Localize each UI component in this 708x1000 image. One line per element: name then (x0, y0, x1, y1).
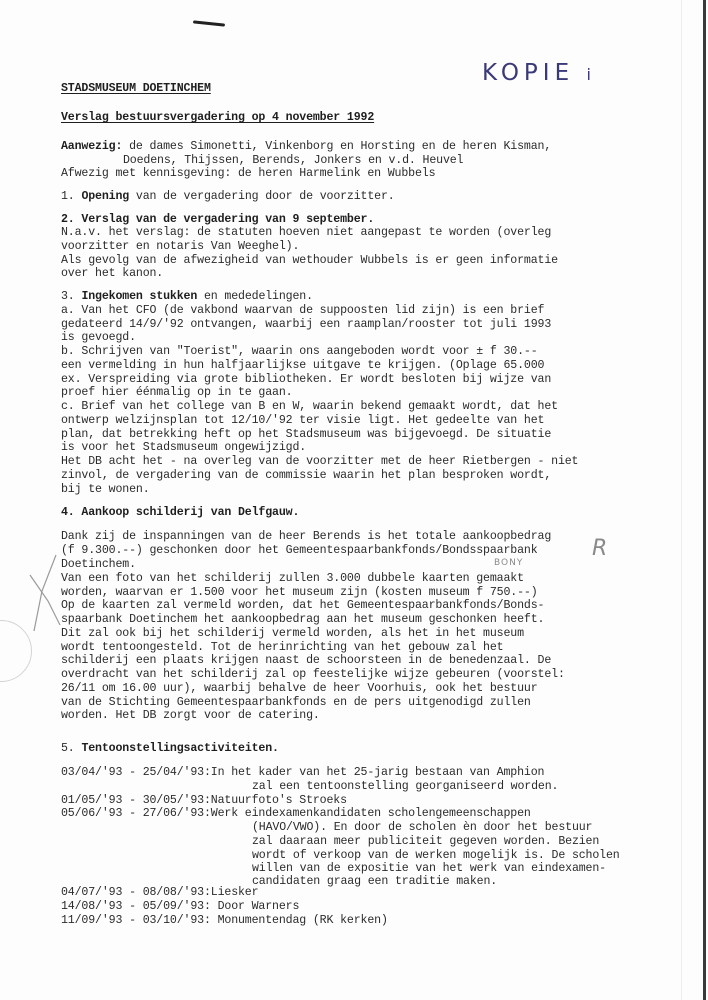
section-4-line: worden, waarvan er 1.500 voor het museum… (61, 586, 538, 599)
event-dates: 01/05/'93 - 30/05/'93: (61, 794, 211, 807)
event-dates: 03/04/'93 - 25/04/'93: (61, 766, 211, 779)
event-dates: 14/08/'93 - 05/09/'93: (61, 900, 211, 913)
section-4-line: (f 9.300.--) geschonken door het Gemeent… (61, 544, 538, 557)
section-4-line: van de Stichting Gemeentespaarbankfonds … (61, 696, 531, 709)
event-dates: 11/09/'93 - 03/10/'93: (61, 914, 211, 927)
event-description-cont: zal een tentoonstelling georganiseerd wo… (252, 780, 558, 793)
section-title: Ingekomen stukken (81, 290, 197, 303)
event-description: Natuurfoto's Stroeks (211, 794, 347, 807)
section-4-line: Dank zij de inspanningen van de heer Ber… (61, 530, 551, 543)
section-2-line: voorzitter en notaris Van Weeghel). (61, 240, 299, 253)
stamp-mark: i (586, 65, 590, 84)
section-4-line: overdracht van het schilderij zal op fee… (61, 668, 565, 681)
section-2-line: over het kanon. (61, 267, 163, 280)
stamp-text: KOPIE (482, 60, 574, 86)
section-title-rest: en mededelingen. (197, 290, 313, 303)
section-3-line: b. Schrijven van "Toerist", waarin ons a… (61, 345, 538, 358)
section-4-line: Op de kaarten zal vermeld worden, dat he… (61, 599, 544, 612)
section-number: 5. (61, 742, 81, 755)
section-4-line: schilderij een plaats krijgen naast de s… (61, 654, 551, 667)
section-number: 3. (61, 290, 81, 303)
event-dates: 05/06/'93 - 27/06/'93: (61, 807, 211, 820)
scanned-document-page: KOPIE i STADSMUSEUM DOETINCHEM Verslag b… (0, 0, 708, 1000)
section-4-line: Doetinchem. (61, 558, 136, 571)
section-3-line: Het DB acht het - na overleg van de voor… (61, 455, 578, 468)
section-4-line: wordt tentoongesteld. Tot de herinrichti… (61, 641, 503, 654)
section-title: Opening (81, 190, 129, 203)
section-3-line: c. Brief van het college van B en W, waa… (61, 400, 558, 413)
event-row: 05/06/'93 - 27/06/'93:Werk eindexamenkan… (61, 807, 531, 820)
section-title: Tentoonstellingsactiviteiten. (81, 742, 278, 755)
section-3-line: a. Van het CFO (de vakbond waarvan de su… (61, 304, 544, 317)
event-description-cont: (HAVO/VWO). En door de scholen èn door h… (252, 821, 592, 834)
section-2-heading: 2. Verslag van de vergadering van 9 sept… (61, 213, 374, 226)
event-description-cont: wordt of verkoop van de werken mogelijk … (252, 849, 620, 862)
present-label: Aanwezig: (61, 140, 122, 153)
section-3-line: zinvol, de vergadering van de commissie … (61, 469, 551, 482)
section-4-line: spaarbank Doetinchem het aankoopbedrag a… (61, 613, 544, 626)
section-4-heading: 4. Aankoop schilderij van Delfgauw. (61, 506, 299, 519)
section-1-heading: 1. Opening van de vergadering door de vo… (61, 190, 395, 203)
event-row: 04/07/'93 - 08/08/'93:Liesker (61, 886, 258, 899)
event-description-cont: zal daaraan meer publiciteit gegeven wor… (252, 835, 599, 848)
section-4-line: worden. Het DB zorgt voor de catering. (61, 709, 320, 722)
attendance-present: Aanwezig: de dames Simonetti, Vinkenborg… (61, 140, 551, 153)
section-3-line: ex. Verspreiding via grote bibliotheken.… (61, 373, 551, 386)
section-title-rest: van de vergadering door de voorzitter. (129, 190, 395, 203)
attendance-absent: Afwezig met kennisgeving: de heren Harme… (61, 167, 435, 180)
pencil-cross-mark (28, 553, 68, 633)
section-2-line: Als gevolg van de afwezigheid van wethou… (61, 254, 558, 267)
section-4-line: Van een foto van het schilderij zullen 3… (61, 572, 524, 585)
section-3-heading: 3. Ingekomen stukken en mededelingen. (61, 290, 313, 303)
event-description: Liesker (211, 886, 259, 899)
scan-edge-border (703, 0, 706, 1000)
event-description-cont: candidaten graag een traditie maken. (252, 875, 497, 888)
section-3-line: ontwerp welzijnsplan tot 12/10/'92 ter v… (61, 414, 544, 427)
section-4-line: Dit zal ook bij het schilderij vermeld w… (61, 627, 524, 640)
event-description: In het kader van het 25-jarig bestaan va… (211, 766, 545, 779)
event-description: Door Warners (211, 900, 300, 913)
organization-name: STADSMUSEUM DOETINCHEM (61, 82, 211, 95)
present-names-1: de dames Simonetti, Vinkenborg en Horsti… (122, 140, 551, 153)
section-3-line: is gevoegd. (61, 331, 136, 344)
event-dates: 04/07/'93 - 08/08/'93: (61, 886, 211, 899)
handwritten-initials: R (592, 536, 607, 561)
section-5-heading: 5. Tentoonstellingsactiviteiten. (61, 742, 279, 755)
event-row: 01/05/'93 - 30/05/'93:Natuurfoto's Stroe… (61, 794, 347, 807)
event-description: Werk eindexamenkandidaten scholengemeens… (211, 807, 531, 820)
present-names-2: Doedens, Thijssen, Berends, Jonkers en v… (123, 154, 463, 167)
section-3-line: is voor het Stadsmuseum ongewijzigd. (61, 441, 306, 454)
event-description: Monumentendag (RK kerken) (211, 914, 388, 927)
handwritten-note: BONY (494, 558, 523, 568)
kopie-stamp: KOPIE i (482, 60, 591, 86)
section-number: 1. (61, 190, 81, 203)
pen-mark (193, 20, 225, 26)
section-2-line: N.a.v. het verslag: de statuten hoeven n… (61, 226, 551, 239)
event-row: 14/08/'93 - 05/09/'93: Door Warners (61, 900, 299, 913)
event-description-cont: willen van de expositie van het werk van… (252, 862, 606, 875)
section-4-line: 26/11 om 16.00 uur), waarbij behalve de … (61, 682, 538, 695)
event-row: 03/04/'93 - 25/04/'93:In het kader van h… (61, 766, 544, 779)
event-row: 11/09/'93 - 03/10/'93: Monumentendag (RK… (61, 914, 388, 927)
section-3-line: proef hier éénmalig op in te gaan. (61, 386, 292, 399)
page-fold-shadow (681, 0, 682, 1000)
document-title: Verslag bestuursvergadering op 4 novembe… (61, 111, 374, 124)
section-3-line: bij te wonen. (61, 483, 150, 496)
section-3-line: plan, dat betrekking heft op het Stadsmu… (61, 428, 551, 441)
section-3-line: gedateerd 14/9/'92 ontvangen, waarbij ee… (61, 318, 551, 331)
section-3-line: een vermelding in hun halfjaarlijkse uit… (61, 359, 544, 372)
